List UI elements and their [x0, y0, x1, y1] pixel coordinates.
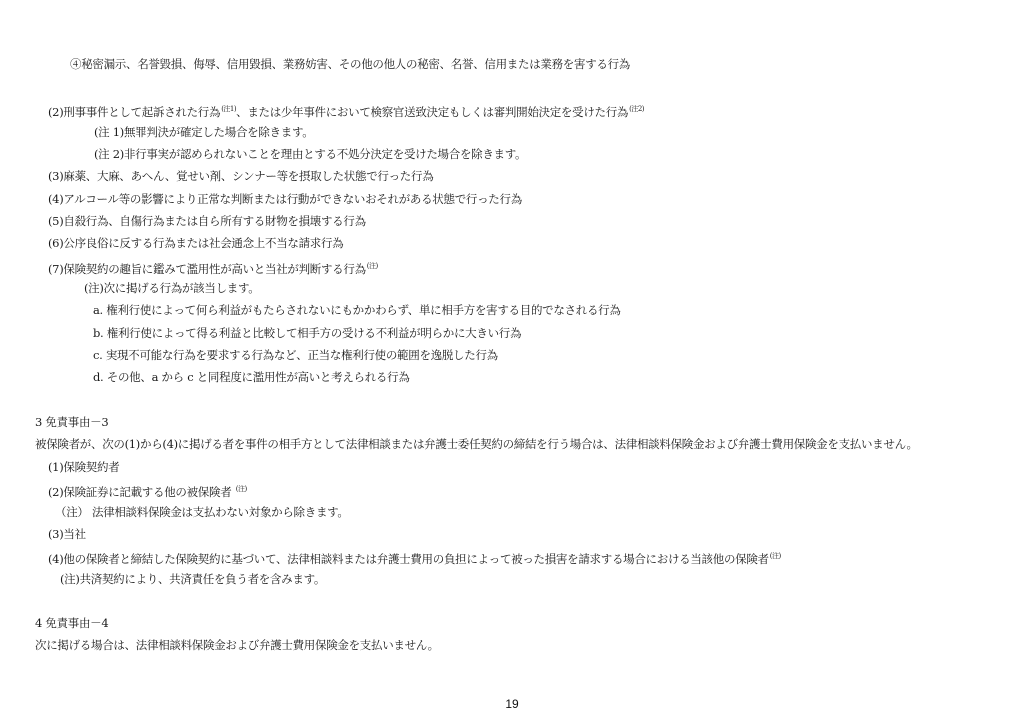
section-heading-4: 4 免責事由－4	[35, 615, 108, 631]
clause-item-5-self-harm: (5)自殺行為、自傷行為または自ら所有する財物を損壊する行為	[48, 213, 366, 229]
sub-item-d: d. その他、a から c と同程度に濫用性が高いと考えられる行為	[93, 369, 410, 385]
sub-item-c: c. 実現不可能な行為を要求する行為など、正当な権利行使の範囲を逸脱した行為	[93, 347, 498, 363]
footnote-marker: (注)	[770, 552, 781, 560]
line-text: (7)保険契約の趣旨に鑑みて濫用性が高いと当社が判断する行為	[48, 262, 366, 276]
line-text: (4)アルコール等の影響により正常な判断または行動ができないおそれがある状態で行…	[48, 192, 522, 206]
line-text: （注） 法律相談料保険金は支払わない対象から除きます。	[55, 505, 349, 519]
section-title: 3 免責事由－3	[35, 415, 108, 429]
clause-item-2-criminal: (2)刑事事件として起訴された行為(注1)、または少年事件において検察官送致決定…	[48, 101, 644, 120]
section-title: 4 免責事由－4	[35, 616, 108, 630]
line-text: (2)保険証券に記載する他の被保険者	[48, 485, 235, 499]
footnote-marker: (注2)	[629, 105, 644, 113]
section-3-item-2: (2)保険証券に記載する他の被保険者 (注)	[48, 481, 247, 500]
clause-item-4-defamation: ④秘密漏示、名誉毀損、侮辱、信用毀損、業務妨害、その他の他人の秘密、名誉、信用ま…	[70, 56, 630, 72]
sub-item-b: b. 権利行使によって得る利益と比較して相手方の受ける不利益が明らかに大きい行為	[93, 325, 521, 341]
note-1-acquittal: (注 1)無罪判決が確定した場合を除きます。	[94, 124, 313, 140]
line-text: (1)保険契約者	[48, 460, 119, 474]
clause-item-4-alcohol: (4)アルコール等の影響により正常な判断または行動ができないおそれがある状態で行…	[48, 191, 522, 207]
line-text: 次に掲げる場合は、法律相談料保険金および弁護士費用保険金を支払いません。	[35, 638, 439, 652]
line-text: (4)他の保険者と締結した保険契約に基づいて、法律相談料または弁護士費用の負担に…	[48, 552, 769, 566]
section-3-note-4: (注)共済契約により、共済責任を負う者を含みます。	[60, 571, 325, 587]
line-text: (5)自殺行為、自傷行為または自ら所有する財物を損壊する行為	[48, 214, 366, 228]
line-text: c. 実現不可能な行為を要求する行為など、正当な権利行使の範囲を逸脱した行為	[93, 348, 498, 362]
line-text: (3)麻薬、大麻、あへん、覚せい剤、シンナー等を摂取した状態で行った行為	[48, 169, 433, 183]
clause-item-6-public-order: (6)公序良俗に反する行為または社会通念上不当な請求行為	[48, 235, 343, 251]
line-text: 被保険者が、次の(1)から(4)に掲げる者を事件の相手方として法律相談または弁護…	[35, 437, 918, 451]
line-text: (3)当社	[48, 527, 86, 541]
line-text: d. その他、a から c と同程度に濫用性が高いと考えられる行為	[93, 370, 410, 384]
line-text: (注 2)非行事実が認められないことを理由とする不処分決定を受けた場合を除きます…	[94, 147, 526, 161]
section-3-item-3: (3)当社	[48, 526, 86, 542]
line-text: b. 権利行使によって得る利益と比較して相手方の受ける不利益が明らかに大きい行為	[93, 326, 521, 340]
sub-item-a: a. 権利行使によって何ら利益がもたらされないにもかかわらず、単に相手方を害する…	[93, 302, 621, 318]
section-heading-3: 3 免責事由－3	[35, 414, 108, 430]
footnote-marker: (注)	[236, 485, 247, 493]
footnote-marker: (注1)	[221, 105, 236, 113]
footnote-marker: (注)	[367, 262, 378, 270]
line-text: 、または少年事件において検察官送致決定もしくは審判開始決定を受けた行為	[236, 105, 628, 119]
line-text: (注)次に掲げる行為が該当します。	[84, 281, 259, 295]
section-4-intro: 次に掲げる場合は、法律相談料保険金および弁護士費用保険金を支払いません。	[35, 637, 439, 653]
line-text: a. 権利行使によって何ら利益がもたらされないにもかかわらず、単に相手方を害する…	[93, 303, 621, 317]
line-text: ④秘密漏示、名誉毀損、侮辱、信用毀損、業務妨害、その他の他人の秘密、名誉、信用ま…	[70, 57, 630, 71]
line-text: (2)刑事事件として起訴された行為	[48, 105, 220, 119]
section-3-item-1: (1)保険契約者	[48, 459, 119, 475]
clause-item-7-abuse: (7)保険契約の趣旨に鑑みて濫用性が高いと当社が判断する行為(注)	[48, 258, 378, 277]
section-3-note-2: （注） 法律相談料保険金は支払わない対象から除きます。	[55, 504, 349, 520]
line-text: (6)公序良俗に反する行為または社会通念上不当な請求行為	[48, 236, 343, 250]
note-2-nonprosecution: (注 2)非行事実が認められないことを理由とする不処分決定を受けた場合を除きます…	[94, 146, 526, 162]
line-text: (注)共済契約により、共済責任を負う者を含みます。	[60, 572, 325, 586]
clause-item-3-drugs: (3)麻薬、大麻、あへん、覚せい剤、シンナー等を摂取した状態で行った行為	[48, 168, 433, 184]
section-3-intro: 被保険者が、次の(1)から(4)に掲げる者を事件の相手方として法律相談または弁護…	[35, 436, 918, 452]
line-text: (注 1)無罪判決が確定した場合を除きます。	[94, 125, 313, 139]
note-applicable-acts: (注)次に掲げる行為が該当します。	[84, 280, 259, 296]
page-number: 19	[0, 697, 1024, 711]
section-3-item-4: (4)他の保険者と締結した保険契約に基づいて、法律相談料または弁護士費用の負担に…	[48, 548, 781, 567]
